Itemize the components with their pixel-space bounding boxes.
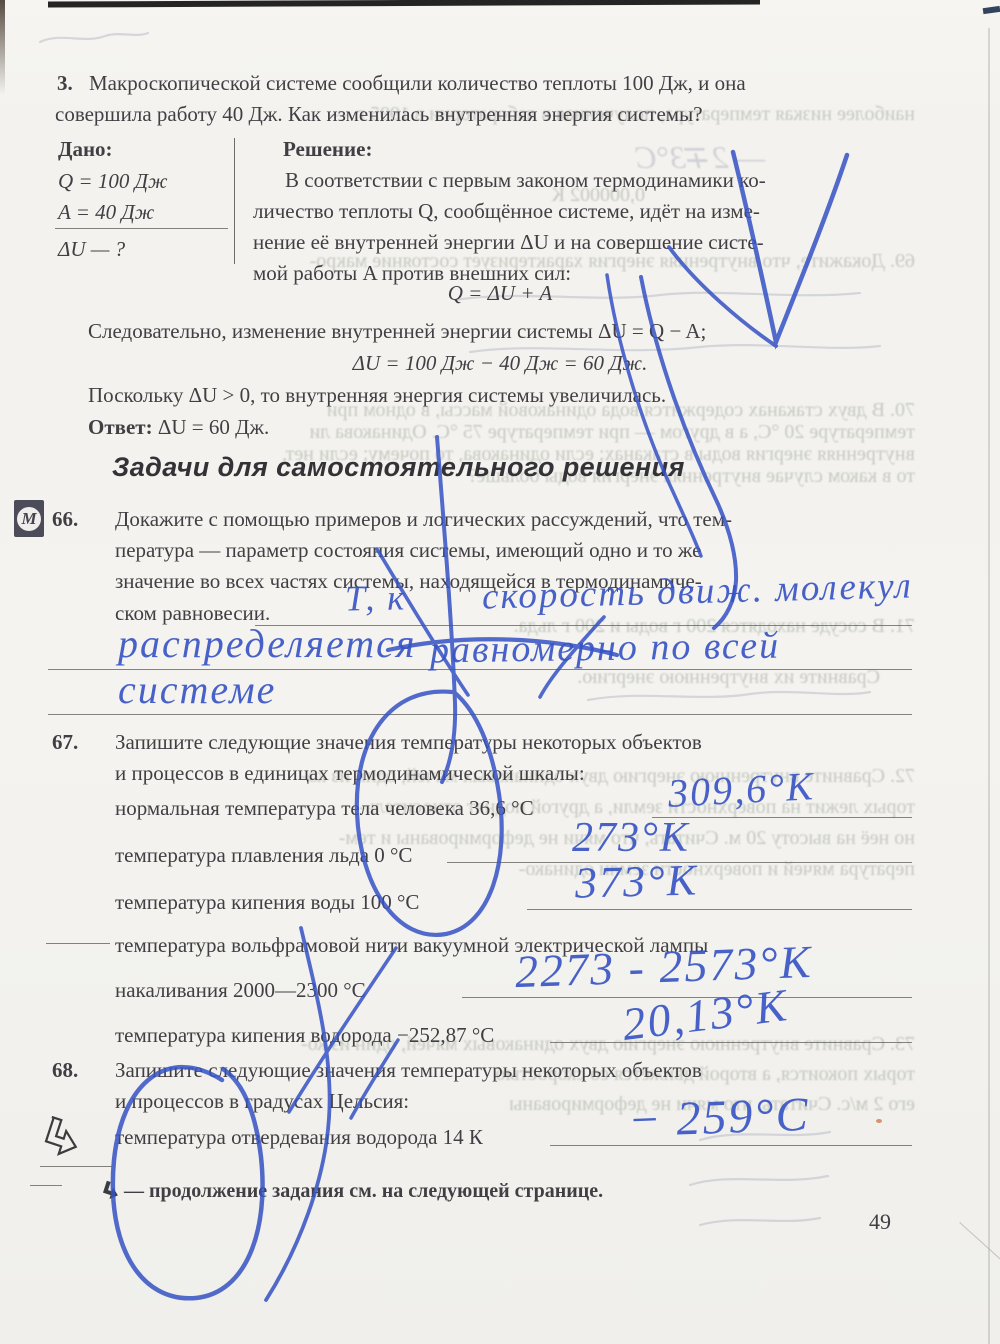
continuation-arrow-icon — [36, 1116, 80, 1164]
answer-blank-line-fragment — [46, 943, 110, 944]
footnote-text: — продолжение задания см. на следующей с… — [124, 1176, 603, 1207]
given-divider — [55, 228, 228, 229]
solution-formula-1: Q = ΔU + A — [0, 278, 1000, 309]
answer-blank-line-fragment — [30, 1185, 62, 1186]
problem67-row-label: температура плавления льда 0 °С — [115, 840, 412, 871]
handwritten-answer-67: 373°К — [574, 854, 698, 908]
answer-value: ΔU = 60 Дж. — [158, 415, 269, 439]
methodology-badge: М — [14, 500, 44, 537]
ink-speck — [876, 1119, 882, 1123]
handwritten-answer-66: распределяется — [118, 620, 417, 667]
section-heading: Задачи для самостоятельного решения — [112, 452, 685, 483]
page-number: 49 — [869, 1206, 891, 1237]
scan-left-edge — [0, 0, 5, 95]
problem67-row-label: нормальная температура тела человека 36,… — [115, 793, 534, 824]
handwritten-answer-67: 309,6°К — [667, 762, 816, 817]
problem3-statement: Макроскопической системе сообщили количе… — [55, 68, 917, 130]
answer-blank-line — [527, 909, 912, 910]
page-edge-shadow — [988, 28, 990, 1344]
footnote-arrow-icon — [98, 1180, 120, 1204]
methodology-badge-letter: М — [17, 507, 41, 531]
problem67-row-label-cont: накаливания 2000—2300 °С — [115, 975, 366, 1006]
scan-corner-chip — [983, 6, 1000, 14]
given-label: Дано: — [58, 134, 113, 165]
given-column-divider — [234, 138, 235, 264]
problem68-number: 68. — [52, 1055, 78, 1086]
problem68-row-label: температура отвердевания водорода 14 К — [115, 1122, 483, 1153]
workbook-page: наиболее низкая температура, полученная … — [0, 0, 1000, 1344]
problem67-row-label: температура кипения воды 100 °С — [115, 887, 419, 918]
handwritten-answer-66: Т, к — [345, 576, 407, 619]
corner-fold-shadow — [959, 1222, 1000, 1283]
answer-label: Ответ: — [88, 415, 153, 439]
solution-conclusion-1: Следовательно, изменение внутренней энер… — [88, 316, 706, 347]
problem67-row-label: температура кипения водорода −252,87 °С — [115, 1020, 494, 1051]
answer-blank-line — [550, 1042, 912, 1043]
solution-label: Решение: — [283, 134, 372, 165]
scan-top-edge — [48, 0, 760, 8]
bleedthrough-line: температуре 20 °С, а в другом — при темп… — [430, 421, 915, 443]
answer-blank-line — [48, 714, 912, 715]
footnote-separator — [40, 1166, 112, 1167]
handwritten-answer-68: − 259°С — [627, 1087, 810, 1148]
answer-blank-line — [550, 1145, 912, 1146]
problem66-number: 66. — [52, 504, 78, 535]
given-values: Q = 100 ДжA = 40 Дж — [58, 166, 167, 228]
problem67-number: 67. — [52, 727, 78, 758]
handwritten-answer-66: равномерно по всей — [430, 624, 781, 673]
handwritten-answer-66: системе — [118, 666, 276, 713]
solution-conclusion-2: Поскольку ΔU > 0, то внутренняя энергия … — [88, 380, 666, 411]
answer-blank-line — [652, 817, 912, 818]
solution-text: В соответствии с первым законом термодин… — [253, 165, 918, 289]
answer-line: Ответ: ΔU = 60 Дж. — [88, 412, 269, 443]
solution-formula-2: ΔU = 100 Дж − 40 Дж = 60 Дж. — [0, 348, 1000, 379]
given-find: ΔU — ? — [58, 234, 125, 265]
